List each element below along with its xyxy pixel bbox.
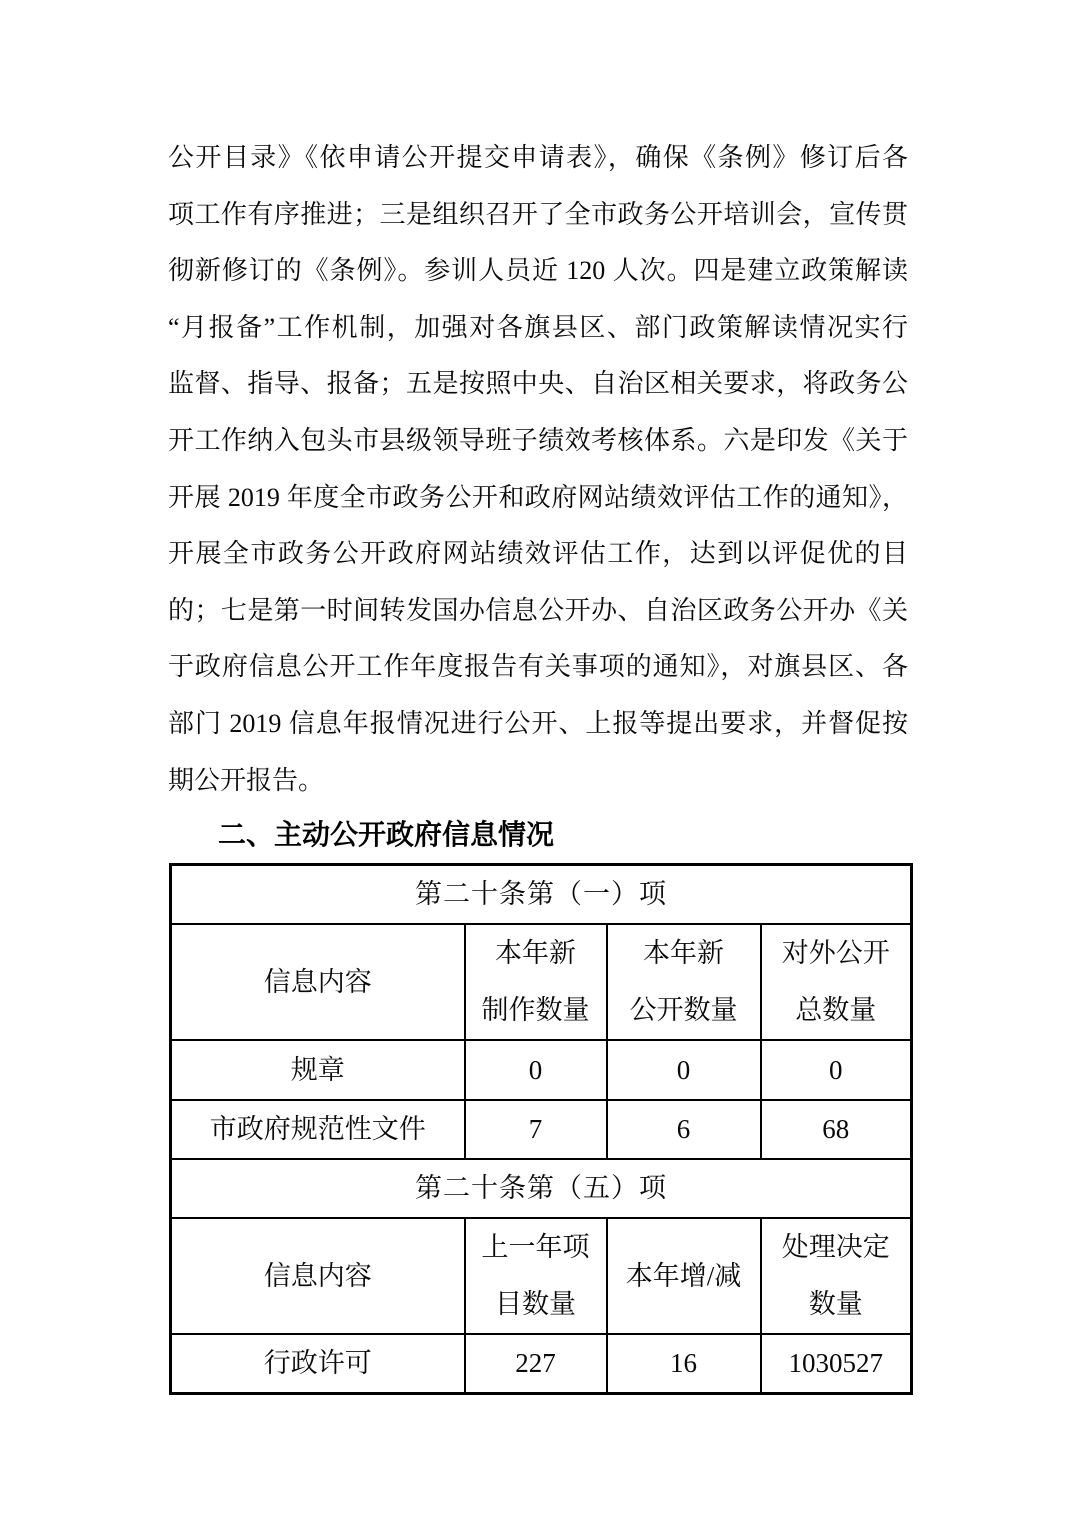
row-label-administrative-permits: 行政许可 xyxy=(171,1334,465,1394)
paragraph-line: 于政府信息公开工作年度报告有关事项的通知》，对旗县区、各 xyxy=(168,639,908,696)
cell-value: 1030527 xyxy=(761,1334,912,1394)
table-section2-title: 第二十条第（五）项 xyxy=(171,1159,912,1218)
row-label-normative-documents: 市政府规范性文件 xyxy=(171,1100,465,1159)
paragraph-line: 监督、指导、报备；五是按照中央、自治区相关要求，将政务公 xyxy=(168,356,908,413)
table-section1-title: 第二十条第（一）项 xyxy=(171,865,912,925)
header-new-published-count: 本年新 公开数量 xyxy=(607,924,761,1040)
header-info-content: 信息内容 xyxy=(171,924,465,1040)
paragraph-line: “月报备”工作机制，加强对各旗县区、部门政策解读情况实行 xyxy=(168,300,908,357)
header-new-made-count: 本年新 制作数量 xyxy=(465,924,607,1040)
header-total-public-count: 对外公开 总数量 xyxy=(761,924,912,1040)
section-heading: 二、主动公开政府信息情况 xyxy=(168,806,908,863)
cell-value: 0 xyxy=(761,1040,912,1100)
paragraph-line: 期公开报告。 xyxy=(168,753,908,810)
cell-value: 227 xyxy=(465,1334,607,1394)
table-row: 市政府规范性文件 7 6 68 xyxy=(171,1100,912,1159)
cell-value: 16 xyxy=(607,1334,761,1394)
cell-value: 68 xyxy=(761,1100,912,1159)
cell-value: 7 xyxy=(465,1100,607,1159)
info-disclosure-table: 第二十条第（一）项 信息内容 本年新 制作数量 本年新 公开数量 对外公开 总数… xyxy=(169,863,913,1395)
document-page: 公开目录》《依申请公开提交申请表》，确保《条例》修订后各 项工作有序推进；三是组… xyxy=(0,0,1074,1520)
body-paragraph: 公开目录》《依申请公开提交申请表》，确保《条例》修订后各 项工作有序推进；三是组… xyxy=(168,130,908,809)
paragraph-line: 开工作纳入包头市县级领导班子绩效考核体系。六是印发《关于 xyxy=(168,413,908,470)
paragraph-line: 公开目录》《依申请公开提交申请表》，确保《条例》修订后各 xyxy=(168,130,908,187)
header-previous-year-items: 上一年项 目数量 xyxy=(465,1218,607,1334)
table-row: 规章 0 0 0 xyxy=(171,1040,912,1100)
row-label-regulations: 规章 xyxy=(171,1040,465,1100)
paragraph-line: 开展 2019 年度全市政务公开和政府网站绩效评估工作的通知》， xyxy=(168,470,908,527)
paragraph-line: 彻新修订的《条例》。参训人员近 120 人次。四是建立政策解读 xyxy=(168,243,908,300)
cell-value: 0 xyxy=(465,1040,607,1100)
cell-value: 6 xyxy=(607,1100,761,1159)
paragraph-line: 开展全市政务公开政府网站绩效评估工作，达到以评促优的目 xyxy=(168,526,908,583)
header-info-content: 信息内容 xyxy=(171,1218,465,1334)
cell-value: 0 xyxy=(607,1040,761,1100)
header-processing-decisions: 处理决定 数量 xyxy=(761,1218,912,1334)
table-row: 行政许可 227 16 1030527 xyxy=(171,1334,912,1394)
paragraph-line: 的；七是第一时间转发国办信息公开办、自治区政务公开办《关 xyxy=(168,583,908,640)
header-year-change: 本年增/减 xyxy=(607,1218,761,1334)
paragraph-line: 部门 2019 信息年报情况进行公开、上报等提出要求，并督促按 xyxy=(168,696,908,753)
paragraph-line: 项工作有序推进；三是组织召开了全市政务公开培训会，宣传贯 xyxy=(168,187,908,244)
